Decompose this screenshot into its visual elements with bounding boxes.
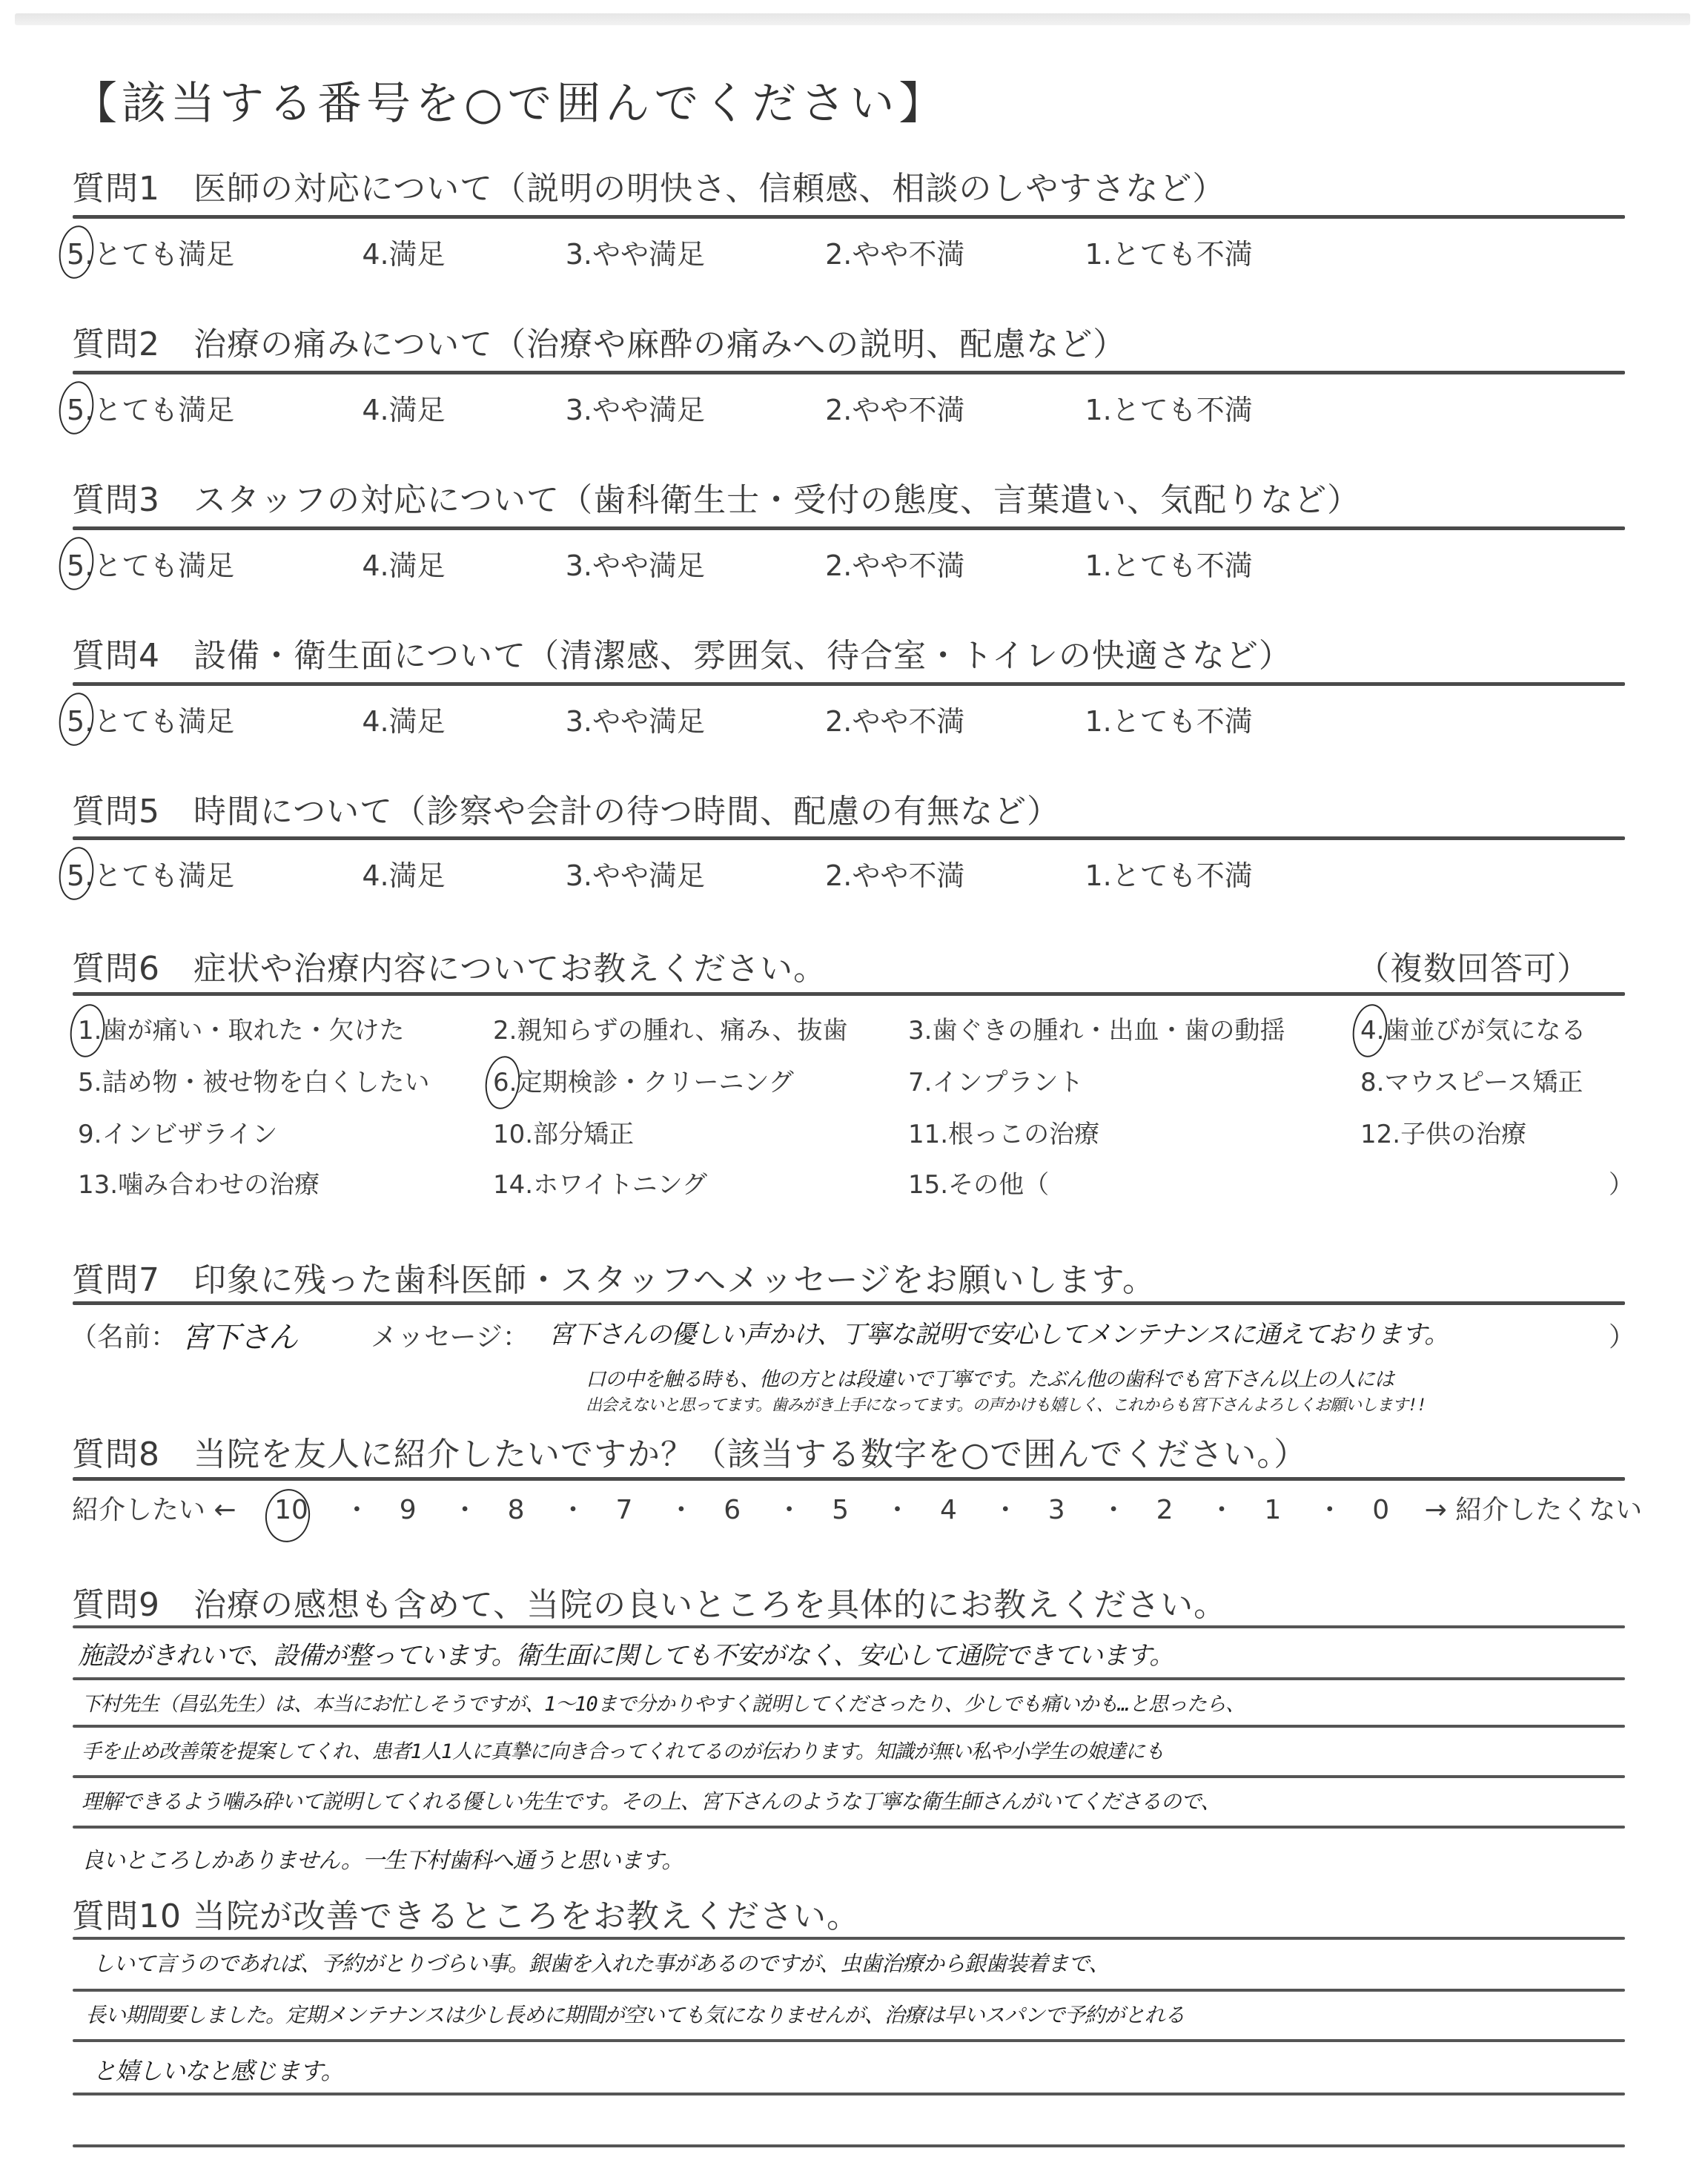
name-label: （名前： [70, 1316, 177, 1354]
scale-3[interactable]: 3 [1048, 1495, 1065, 1525]
message-line-3[interactable]: 出会えないと思ってます。歯みがき上手になってます。の声かけも嬉しく、これからも宮… [586, 1393, 1426, 1416]
answer-line [73, 1775, 1625, 1778]
q5-option-1[interactable]: 1.とても不満 [1085, 859, 1252, 892]
divider [73, 682, 1625, 686]
answer-line [73, 2039, 1625, 2042]
q6-item-14[interactable]: 14.ホワイトニング [493, 1164, 707, 1200]
q2-option-2[interactable]: 2.やや不満 [825, 394, 964, 426]
scale-0[interactable]: 0 [1372, 1495, 1389, 1525]
divider [73, 1477, 1625, 1481]
q5-option-3[interactable]: 3.やや満足 [566, 859, 705, 892]
q2-option-5-selected[interactable]: 5.とても満足 [67, 387, 234, 428]
scale-8[interactable]: 8 [508, 1495, 525, 1525]
q4-option-5-selected[interactable]: 5.とても満足 [67, 698, 234, 739]
q6-item-13[interactable]: 13.噛み合わせの治療 [78, 1164, 320, 1200]
scale-right-label: → 紹介したくない [1425, 1489, 1643, 1527]
q6-item-4-selected[interactable]: 4.歯並びが気になる [1360, 1010, 1586, 1046]
scale-9[interactable]: 9 [400, 1495, 417, 1525]
q6-item-5[interactable]: 5.詰め物・被せ物を白くしたい [78, 1062, 429, 1098]
q9-answer-line-4[interactable]: 理解できるよう噛み砕いて説明してくれる優しい先生です。その上、宮下さんのような丁… [82, 1786, 1220, 1815]
q3-option-1[interactable]: 1.とても不満 [1085, 549, 1252, 582]
q6-item-7[interactable]: 7.インプラント [908, 1062, 1083, 1098]
question-9-heading: 質問9 治療の感想も含めて、当院の良いところを具体的にお教えください。 [72, 1578, 1227, 1625]
name-field[interactable]: 宮下さん [182, 1314, 297, 1356]
question-1-heading: 質問1 医師の対応について（説明の明快さ、信頼感、相談のしやすさなど） [72, 162, 1225, 209]
q6-item-8[interactable]: 8.マウスピース矯正 [1360, 1062, 1583, 1098]
q6-item-2[interactable]: 2.親知らずの腫れ、痛み、抜歯 [493, 1010, 848, 1046]
answer-line [73, 2144, 1625, 2147]
q6-item-1-selected[interactable]: 1.歯が痛い・取れた・欠けた [78, 1010, 404, 1046]
q9-answer-line-5[interactable]: 良いところしかありません。一生下村歯科へ通うと思います。 [82, 1842, 683, 1875]
q4-options: 5.とても満足 4.満足 3.やや満足 2.やや不満 1.とても不満 [67, 698, 1253, 739]
question-5-heading: 質問5 時間について（診察や会計の待つ時間、配慮の有無など） [72, 785, 1060, 832]
answer-line [73, 1989, 1625, 1992]
q1-options: 5.とても満足 4.満足 3.やや満足 2.やや不満 1.とても不満 [67, 231, 1253, 272]
q1-option-3[interactable]: 3.やや満足 [566, 238, 705, 271]
answer-line [73, 1677, 1625, 1680]
q6-item-10[interactable]: 10.部分矯正 [493, 1114, 634, 1150]
q6-item-9[interactable]: 9.インビザライン [78, 1114, 277, 1150]
q10-answer-line-2[interactable]: 長い期間要しました。定期メンテナンスは少し長めに期間が空いても気になりませんが、… [85, 1999, 1185, 2029]
q2-option-4[interactable]: 4.満足 [362, 394, 445, 426]
q9-answer-line-1[interactable]: 施設がきれいで、設備が整っています。衛生面に関しても不安がなく、安心して通院でき… [78, 1635, 1174, 1671]
q1-option-2[interactable]: 2.やや不満 [825, 238, 964, 271]
divider [73, 371, 1625, 374]
q4-option-2[interactable]: 2.やや不満 [825, 705, 964, 738]
q3-option-3[interactable]: 3.やや満足 [566, 549, 705, 582]
q3-option-5-selected[interactable]: 5.とても満足 [67, 543, 234, 584]
q1-option-5-selected[interactable]: 5.とても満足 [67, 231, 234, 272]
multiple-answers-note: （複数回答可） [1357, 942, 1590, 989]
q10-answer-line-3[interactable]: と嬉しいなと感じます。 [93, 2052, 343, 2087]
question-2-heading: 質問2 治療の痛みについて（治療や麻酔の痛みへの説明、配慮など） [72, 317, 1126, 365]
divider [73, 1301, 1625, 1305]
message-line-1[interactable]: 宮下さんの優しい声かけ、丁寧な説明で安心してメンテナンスに通えております。 [549, 1314, 1449, 1350]
q5-option-2[interactable]: 2.やや不満 [825, 859, 964, 892]
q2-options: 5.とても満足 4.満足 3.やや満足 2.やや不満 1.とても不満 [67, 387, 1253, 428]
divider [73, 526, 1625, 530]
divider [73, 836, 1625, 840]
q6-item-15-other[interactable]: 15.その他（ [908, 1164, 1049, 1200]
q1-option-1[interactable]: 1.とても不満 [1085, 238, 1252, 271]
q4-option-4[interactable]: 4.満足 [362, 705, 445, 738]
q2-option-1[interactable]: 1.とても不満 [1085, 394, 1252, 426]
q6-item-12[interactable]: 12.子供の治療 [1360, 1114, 1526, 1150]
recommend-scale: 紹介したい ← 10 ・ 9 ・ 8 ・ 7 ・ 6 ・ 5 ・ 4 ・ 3 ・… [72, 1489, 1642, 1527]
q5-option-4[interactable]: 4.満足 [362, 859, 445, 892]
question-7-heading: 質問7 印象に残った歯科医師・スタッフへメッセージをお願いします。 [72, 1253, 1156, 1301]
q6-other-close-paren: ） [1609, 1164, 1634, 1200]
q5-option-5-selected[interactable]: 5.とても満足 [67, 853, 234, 894]
question-4-heading: 質問4 設備・衛生面について（清潔感、雰囲気、待合室・トイレの快適さなど） [72, 629, 1292, 676]
answer-line [73, 1826, 1625, 1829]
scale-1[interactable]: 1 [1264, 1495, 1281, 1525]
q3-option-4[interactable]: 4.満足 [362, 549, 445, 582]
question-6-heading: 質問6 症状や治療内容についてお教えください。 [72, 942, 827, 989]
q6-item-6-selected[interactable]: 6.定期検診・クリーニング [493, 1062, 794, 1098]
message-label: メッセージ： [371, 1316, 529, 1354]
question-10-heading: 質問10 当院が改善できるところをお教えください。 [72, 1889, 860, 1937]
answer-line [73, 1625, 1625, 1628]
q4-option-1[interactable]: 1.とても不満 [1085, 705, 1252, 738]
scan-top-edge [15, 13, 1690, 25]
scale-5[interactable]: 5 [832, 1495, 849, 1525]
answer-line [73, 1937, 1625, 1940]
q10-answer-line-1[interactable]: しいて言うのであれば、予約がとりづらい事。銀歯を入れた事があるのですが、虫歯治療… [93, 1947, 1109, 1978]
q9-answer-line-2[interactable]: 下村先生（昌弘先生）は、本当にお忙しそうですが、1～10まで分かりやすく説明して… [82, 1688, 1245, 1717]
question-3-heading: 質問3 スタッフの対応について（歯科衛生士・受付の態度、言葉遣い、気配りなど） [72, 473, 1360, 521]
q4-option-3[interactable]: 3.やや満足 [566, 705, 705, 738]
question-8-heading: 質問8 当院を友人に紹介したいですか？（該当する数字を○で囲んでください。） [72, 1427, 1307, 1475]
scale-4[interactable]: 4 [940, 1495, 957, 1525]
scale-6[interactable]: 6 [724, 1495, 741, 1525]
answer-line [73, 1725, 1625, 1728]
scale-10-selected[interactable]: 10 [274, 1495, 308, 1525]
message-line-2[interactable]: 口の中を触る時も、他の方とは段違いで丁寧です。たぶん他の歯科でも宮下さん以上の人… [586, 1363, 1394, 1392]
q6-item-11[interactable]: 11.根っこの治療 [908, 1114, 1099, 1150]
q5-options: 5.とても満足 4.満足 3.やや満足 2.やや不満 1.とても不満 [67, 853, 1253, 894]
q6-item-3[interactable]: 3.歯ぐきの腫れ・出血・歯の動揺 [908, 1010, 1285, 1046]
q3-options: 5.とても満足 4.満足 3.やや満足 2.やや不満 1.とても不満 [67, 543, 1253, 584]
q1-option-4[interactable]: 4.満足 [362, 238, 445, 271]
divider [73, 992, 1625, 996]
answer-line [73, 2093, 1625, 2095]
scale-left-label: 紹介したい ← [72, 1489, 236, 1527]
message-close-paren: ） [1609, 1316, 1635, 1354]
q9-answer-line-3[interactable]: 手を止め改善策を提案してくれ、患者1人1人に真摯に向き合ってくれてるのが伝わりま… [82, 1735, 1164, 1764]
q2-option-3[interactable]: 3.やや満足 [566, 394, 705, 426]
divider [73, 215, 1625, 219]
scale-7[interactable]: 7 [615, 1495, 632, 1525]
scale-2[interactable]: 2 [1156, 1495, 1174, 1525]
page-title: 【該当する番号を○で囲んでください】 [73, 68, 947, 132]
q3-option-2[interactable]: 2.やや不満 [825, 549, 964, 582]
